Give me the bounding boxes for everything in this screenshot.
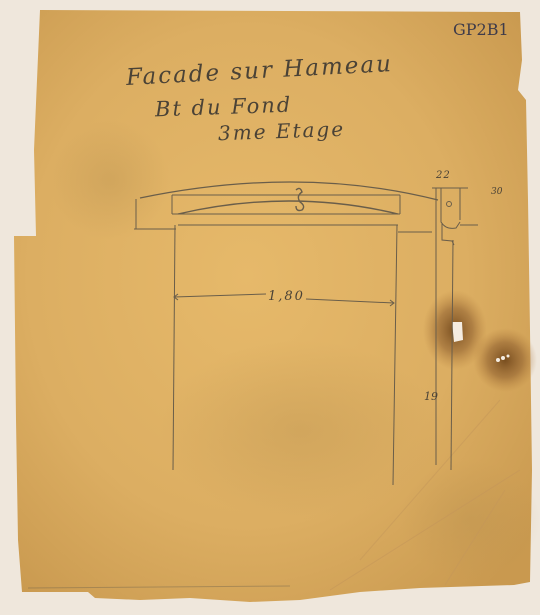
title-line-building: Bt du Fond <box>155 93 293 122</box>
stain <box>473 328 537 392</box>
dimension-frame-lower: 19 <box>424 390 438 403</box>
paper-background <box>0 0 540 615</box>
dimension-opening-width: 1,80 <box>268 289 305 304</box>
dimension-frame-side: 30 <box>491 188 499 197</box>
catalog-number: GP2B1 <box>453 20 509 39</box>
dimension-frame-top: 22 <box>436 170 451 181</box>
title-line-floor: 3me Etage <box>218 117 346 145</box>
scanned-drawing-sheet: GP2B1 Facade sur Hameau Bt du Fond 3me E… <box>0 0 540 615</box>
